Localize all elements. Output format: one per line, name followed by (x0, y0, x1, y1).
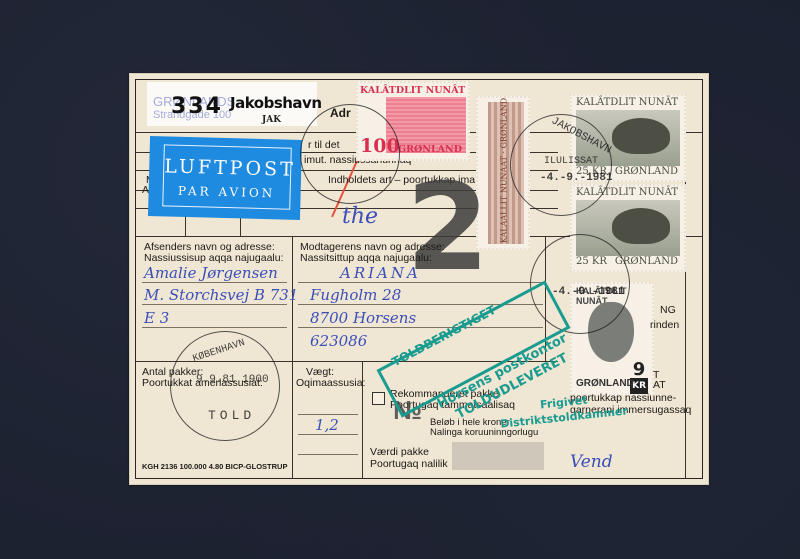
value-field[interactable] (452, 442, 544, 470)
muskox-icon (612, 208, 670, 244)
printer-imprint: KGH 2136 100.000 4.80 BICP-GLOSTRUP (142, 461, 287, 473)
postmark-bottom: TOLD (208, 408, 255, 423)
sender-city: E 3 (144, 309, 169, 327)
line (298, 454, 358, 455)
contents-scribble: the (342, 204, 378, 229)
stamp-value-number: 9 (633, 359, 646, 380)
registered-checkbox[interactable] (372, 392, 385, 405)
airmail-label-border: LUFTPOST PAR AVION (162, 144, 292, 209)
stamp-country-bottom: GRØNLAND (398, 144, 462, 155)
weight-value: 1,2 (315, 416, 339, 434)
stamp-text: KALAALLIT NUNAAT · GRØNLAND (500, 97, 509, 245)
postmark-date: -4.-9.-1981 (540, 172, 613, 184)
sender-street: M. Storchsvej B 731 (144, 286, 298, 304)
postmark-subtown: ILULISSAT (544, 156, 598, 167)
registration-number: 334 (171, 94, 223, 119)
divider (292, 361, 293, 478)
signature: Vend (570, 452, 613, 472)
stamp-country: KALÂTDLIT NUNÂT (360, 85, 465, 96)
recipient-name: ARIANA (340, 264, 421, 282)
registration-code: JAK (262, 115, 281, 125)
parcel-card: GRØNLANDS Strandgade 100 334 Jakobshavn … (129, 73, 709, 485)
recipient-city: 8700 Horsens (310, 309, 416, 327)
line (298, 434, 358, 435)
registration-label: GRØNLANDS Strandgade 100 334 Jakobshavn … (147, 82, 317, 126)
line (298, 414, 358, 415)
line (142, 304, 287, 305)
airmail-subtitle: PAR AVION (163, 183, 289, 200)
value-label: Poortugaq nalilik (370, 458, 448, 470)
recipient-customer-number: 623086 (310, 332, 367, 350)
line (142, 327, 287, 328)
postmark-jakobshavn (300, 104, 400, 204)
stamp-country-bottom: GRØNLAND (576, 378, 634, 389)
right-label: AT (653, 379, 666, 391)
stamp-country-bottom: GRØNLAND (615, 166, 678, 177)
sender-label: Nassiussisup aqqa najugaalu: (144, 252, 284, 264)
packages-label: Poortukkat amerlassusiat: (142, 377, 263, 389)
recipient-street: Fugholm 28 (310, 286, 401, 304)
registration-town: Jakobshavn (230, 94, 322, 112)
line (142, 282, 287, 283)
recipient-label: Nassitsittup aqqa najugaalu: (300, 252, 432, 264)
right-label: rinden (650, 319, 679, 331)
muskox-icon (612, 118, 670, 154)
amount-label: Nalinga koruuninngorlugu (430, 427, 538, 439)
value-label: Værdi pakke (370, 446, 429, 458)
airmail-label: LUFTPOST PAR AVION (148, 136, 302, 220)
postmark-date: -4.-9.-1981 (552, 286, 625, 298)
sender-name: Amalie Jørgensen (144, 264, 278, 282)
stamp-country: KALÂTDLIT NUNÂT (576, 97, 678, 108)
right-label: NG (660, 304, 676, 316)
airmail-title: LUFTPOST (164, 155, 291, 180)
weight-label: Oqimaassusia: (296, 377, 365, 389)
